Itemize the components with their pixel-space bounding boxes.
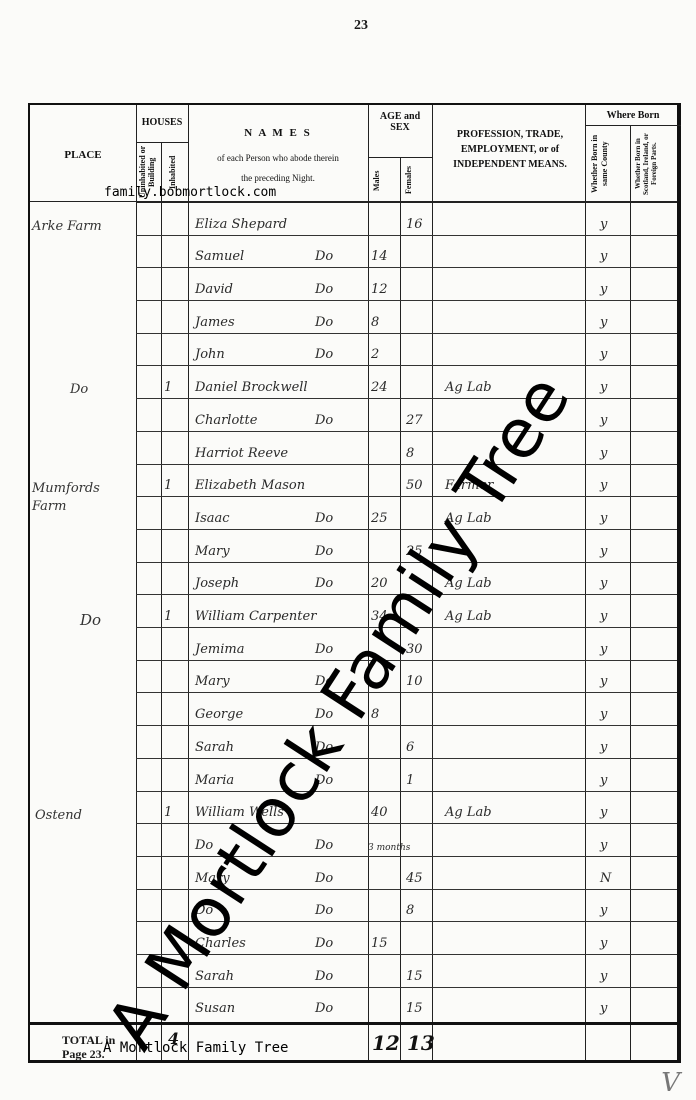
inhabited-cell — [164, 431, 186, 464]
male-age-cell: 14 — [371, 235, 401, 268]
born-county-cell: y — [600, 496, 626, 529]
born-county-cell: y — [600, 529, 626, 562]
male-age-cell — [371, 464, 401, 497]
inhabited-cell — [164, 333, 186, 366]
whereborn-subline — [585, 125, 681, 126]
name-cell: Mary — [195, 660, 305, 693]
born-county-cell: y — [600, 464, 626, 497]
male-age-cell: 3 months — [368, 823, 402, 856]
female-age-cell — [406, 823, 432, 856]
male-age-cell — [371, 856, 401, 889]
header-where-born: Where Born — [585, 110, 681, 121]
born-county-cell: y — [600, 889, 626, 922]
ditto-cell: Do — [315, 889, 355, 922]
name-cell: Jemima — [195, 627, 305, 660]
ditto-cell: Do — [315, 562, 355, 595]
place-label: Arke Farm — [32, 219, 102, 234]
header-born-foreign: Whether Born in Scotland, Ireland, or Fo… — [634, 129, 676, 199]
male-age-cell: 12 — [371, 267, 401, 300]
inhabited-cell — [164, 496, 186, 529]
header-females: Females — [404, 161, 430, 199]
name-cell: Harriot Reeve — [195, 431, 305, 464]
url-watermark: family.bobmortlock.com — [104, 185, 276, 200]
male-age-cell: 25 — [371, 496, 401, 529]
female-age-cell: 45 — [406, 856, 432, 889]
profession-cell — [445, 235, 575, 268]
profession-cell — [445, 823, 575, 856]
female-age-cell — [406, 235, 432, 268]
ditto-cell: Do — [315, 987, 355, 1020]
ditto-cell: Do — [315, 823, 355, 856]
name-cell: William Carpenter — [195, 594, 305, 627]
name-cell: Joseph — [195, 562, 305, 595]
male-age-cell: 2 — [371, 333, 401, 366]
name-cell: James — [195, 300, 305, 333]
header-names-sub1: of each Person who abode therein — [188, 153, 368, 163]
header-males: Males — [372, 163, 398, 199]
ditto-cell — [315, 202, 355, 235]
born-county-cell: y — [600, 366, 626, 399]
female-age-cell: 16 — [406, 202, 432, 235]
inhabited-cell — [164, 823, 186, 856]
profession-cell — [445, 954, 575, 987]
male-age-cell: 8 — [371, 300, 401, 333]
ditto-cell: Do — [315, 267, 355, 300]
born-county-cell: y — [600, 987, 626, 1020]
inhabited-cell — [164, 725, 186, 758]
born-county-cell: y — [600, 398, 626, 431]
born-county-cell: y — [600, 431, 626, 464]
header-age-sex: AGE and SEX — [378, 111, 422, 133]
female-age-cell: 50 — [406, 464, 432, 497]
total-males: 12 — [372, 1031, 400, 1055]
born-county-cell: y — [600, 954, 626, 987]
profession-cell: Ag Lab — [445, 594, 575, 627]
profession-cell — [445, 333, 575, 366]
born-county-cell: y — [600, 921, 626, 954]
name-cell: Isaac — [195, 496, 305, 529]
female-age-cell — [406, 921, 432, 954]
born-county-cell: y — [600, 791, 626, 824]
inhabited-cell: 1 — [164, 366, 186, 399]
age-subline — [368, 157, 432, 158]
inhabited-cell: 1 — [164, 594, 186, 627]
profession-cell — [445, 267, 575, 300]
inhabited-cell — [164, 660, 186, 693]
born-county-cell: y — [600, 235, 626, 268]
female-age-cell — [406, 791, 432, 824]
inhabited-cell — [164, 627, 186, 660]
inhabited-cell — [164, 758, 186, 791]
ditto-cell — [315, 366, 355, 399]
name-cell: Mary — [195, 529, 305, 562]
inhabited-cell — [164, 235, 186, 268]
place-label: Mumfords Farm — [32, 480, 112, 516]
female-age-cell — [406, 333, 432, 366]
inhabited-cell — [164, 693, 186, 726]
male-age-cell — [371, 431, 401, 464]
born-county-cell: y — [600, 267, 626, 300]
profession-cell — [445, 987, 575, 1020]
ditto-cell: Do — [315, 235, 355, 268]
inhabited-cell: 1 — [164, 464, 186, 497]
male-age-cell — [371, 202, 401, 235]
ditto-cell: Do — [315, 529, 355, 562]
female-age-cell: 1 — [406, 758, 432, 791]
inhabited-cell — [164, 300, 186, 333]
inhabited-cell: 1 — [164, 791, 186, 824]
male-age-cell: 40 — [371, 791, 401, 824]
inhabited-cell — [164, 529, 186, 562]
name-cell: Daniel Brockwell — [195, 366, 305, 399]
born-county-cell: y — [600, 627, 626, 660]
profession-cell — [445, 889, 575, 922]
total-females: 13 — [407, 1031, 435, 1055]
header-born-county: Whether Born in same County — [590, 129, 626, 199]
male-age-cell — [371, 398, 401, 431]
female-age-cell — [406, 693, 432, 726]
ditto-cell: Do — [315, 496, 355, 529]
female-age-cell: 8 — [406, 431, 432, 464]
name-cell: Susan — [195, 987, 305, 1020]
male-age-cell — [371, 889, 401, 922]
ditto-cell: Do — [315, 921, 355, 954]
ditto-cell: Do — [315, 856, 355, 889]
born-county-cell: y — [600, 300, 626, 333]
male-age-cell — [371, 954, 401, 987]
female-age-cell — [406, 300, 432, 333]
ditto-cell — [315, 464, 355, 497]
profession-cell — [445, 856, 575, 889]
female-age-cell: 27 — [406, 398, 432, 431]
born-county-cell: N — [600, 856, 626, 889]
header-place: PLACE — [30, 149, 136, 161]
born-county-cell: y — [600, 202, 626, 235]
header-profession: PROFESSION, TRADE, EMPLOYMENT, or of IND… — [440, 127, 580, 172]
female-age-cell: 15 — [406, 954, 432, 987]
inhabited-cell — [164, 202, 186, 235]
ditto-cell: Do — [315, 333, 355, 366]
name-cell: Eliza Shepard — [195, 202, 305, 235]
born-county-cell: y — [600, 562, 626, 595]
place-label: Do — [70, 382, 88, 397]
place-label: Do — [80, 611, 101, 629]
born-county-cell: y — [600, 823, 626, 856]
profession-cell — [445, 725, 575, 758]
name-cell: John — [195, 333, 305, 366]
profession-cell — [445, 300, 575, 333]
inhabited-cell — [164, 562, 186, 595]
header-houses: HOUSES — [136, 117, 188, 128]
profession-cell: Ag Lab — [445, 791, 575, 824]
profession-cell — [445, 693, 575, 726]
houses-subline — [136, 142, 188, 143]
ditto-cell: Do — [315, 954, 355, 987]
female-age-cell — [406, 267, 432, 300]
born-county-cell: y — [600, 693, 626, 726]
inhabited-cell — [164, 267, 186, 300]
name-cell: Charlotte — [195, 398, 305, 431]
born-county-cell: y — [600, 758, 626, 791]
name-cell: Samuel — [195, 235, 305, 268]
profession-cell — [445, 921, 575, 954]
born-county-cell: y — [600, 333, 626, 366]
profession-cell — [445, 660, 575, 693]
male-age-cell: 24 — [371, 366, 401, 399]
female-age-cell — [406, 366, 432, 399]
profession-cell — [445, 758, 575, 791]
ditto-cell — [315, 431, 355, 464]
profession-cell — [445, 627, 575, 660]
female-age-cell: 6 — [406, 725, 432, 758]
margin-check-mark: V — [661, 1068, 680, 1098]
born-county-cell: y — [600, 594, 626, 627]
male-age-cell — [371, 987, 401, 1020]
header-names-sub2: the preceding Night. — [188, 173, 368, 183]
page-number: 23 — [354, 18, 368, 34]
name-cell: David — [195, 267, 305, 300]
male-age-cell — [371, 725, 401, 758]
profession-cell — [445, 202, 575, 235]
ditto-cell: Do — [315, 398, 355, 431]
header-names: N A M E S — [188, 127, 368, 139]
born-county-cell: y — [600, 660, 626, 693]
male-age-cell: 15 — [371, 921, 401, 954]
name-cell: Elizabeth Mason — [195, 464, 305, 497]
census-table: PLACE HOUSES Uninhabited or Building Inh… — [28, 103, 681, 1063]
ditto-cell: Do — [315, 300, 355, 333]
place-label: Ostend — [35, 808, 82, 823]
female-age-cell: 15 — [406, 987, 432, 1020]
male-age-cell — [371, 758, 401, 791]
inhabited-cell — [164, 398, 186, 431]
female-age-cell: 8 — [406, 889, 432, 922]
born-county-cell: y — [600, 725, 626, 758]
